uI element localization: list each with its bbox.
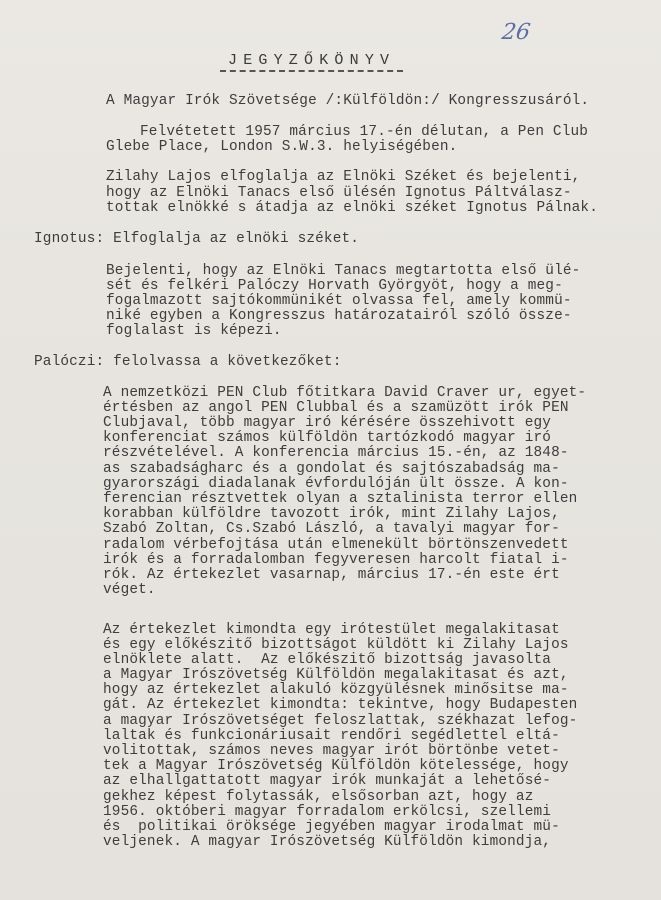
conclusion-line: 1956. októberi magyar forradalom erkölcs… xyxy=(103,805,551,820)
recording-note-line: Glebe Place, London S.W.3. helyiségében. xyxy=(106,140,457,155)
conclusion-line: gát. Az értekezlet kimondta: tekintve, h… xyxy=(103,698,577,713)
pen-club-line: konferenciat számos külföldön tartózkodó… xyxy=(103,431,551,446)
ignotus-line: foglalast is képezi. xyxy=(106,324,282,339)
pen-club-line: ferencian résztvettek olyan a sztalinist… xyxy=(103,492,577,507)
conclusion-line: veljenek. A magyar Irószövetség Külföldö… xyxy=(103,835,551,850)
document-subtitle: A Magyar Irók Szövetsége /:Külföldön:/ K… xyxy=(106,94,589,109)
opening-line: tottak elnökké s átadja az elnöki széket… xyxy=(106,201,598,216)
conclusion-line: és politikai öröksége jegyében magyar ir… xyxy=(103,820,560,835)
pen-club-line: korabban külföldre tavozott irók, mint Z… xyxy=(103,507,560,522)
pen-club-line: gyarországi diadalanak évfordulóján ült … xyxy=(103,477,569,492)
conclusion-line: a magyar Irószövetséget feloszlattak, sz… xyxy=(103,714,577,729)
pen-club-line: részvételével. A konferencia március 15.… xyxy=(103,446,569,461)
conclusion-line: az elhallgattatott magyar irók munkaját … xyxy=(103,774,551,789)
pen-club-line: as szabadságharc és a gondolat és sajtós… xyxy=(103,462,560,477)
document-page: 26 JEGYZŐKÖNYV A Magyar Irók Szövetsége … xyxy=(0,0,661,900)
opening-line: hogy az Elnöki Tanacs első ülésén Ignotu… xyxy=(106,186,572,201)
recording-note-line: Felvétetett 1957 március 17.-én délutan,… xyxy=(140,125,588,140)
ignotus-line: niké egyben a Kongresszus határozatairól… xyxy=(106,309,572,324)
pen-club-line: véget. xyxy=(103,583,156,598)
pen-club-line: A nemzetközi PEN Club főtitkara David Cr… xyxy=(103,386,586,401)
conclusion-line: volitottak, számos neves magyar irót bör… xyxy=(103,744,560,759)
conclusion-line: elnöklete alatt. Az előkészitő bizottság… xyxy=(103,653,551,668)
opening-line: Zilahy Lajos elfoglalja az Elnöki Széket… xyxy=(106,170,580,185)
conclusion-line: tek a Magyar Irószövetség Külföldön köte… xyxy=(103,759,569,774)
conclusion-line: hogy az értekezlet alakuló közgyülésnek … xyxy=(103,683,569,698)
pen-club-line: Clubjaval, több magyar iró kérésére össz… xyxy=(103,416,551,431)
document-title: JEGYZŐKÖNYV xyxy=(220,52,403,72)
conclusion-line: gekhez képest folytassák, elsősorban azt… xyxy=(103,790,534,805)
ignotus-line: Bejelenti, hogy az Elnöki Tanacs megtart… xyxy=(106,264,580,279)
pen-club-line: irók és a forradalomban fegyveresen harc… xyxy=(103,553,569,568)
conclusion-line: a Magyar Irószövetség Külföldön megalaki… xyxy=(103,668,569,683)
pen-club-line: radalom vérbefojtása után elmenekült bör… xyxy=(103,538,569,553)
pen-club-line: Szabó Zoltan, Cs.Szabó László, a tavalyi… xyxy=(103,522,560,537)
handwritten-page-number: 26 xyxy=(500,20,532,45)
ignotus-line: fogalmazott sajtókommünikét olvassa fel,… xyxy=(106,294,572,309)
speaker-ignotus: Ignotus: Elfoglalja az elnöki széket. xyxy=(34,232,359,247)
speaker-paloczi: Palóczi: felolvassa a következőket: xyxy=(34,355,342,370)
pen-club-line: értésben az angol PEN Clubbal és a szamü… xyxy=(103,401,569,416)
conclusion-line: Az értekezlet kimondta egy irótestület m… xyxy=(103,623,560,638)
conclusion-line: laltak és funkcionáriusait rendőri segéd… xyxy=(103,729,560,744)
ignotus-line: sét és felkéri Palóczy Horvath Györgyöt,… xyxy=(106,279,563,294)
conclusion-line: és egy előkészitő bizottságot küldött ki… xyxy=(103,638,569,653)
pen-club-line: rók. Az értekezlet vasarnap, március 17.… xyxy=(103,568,560,583)
